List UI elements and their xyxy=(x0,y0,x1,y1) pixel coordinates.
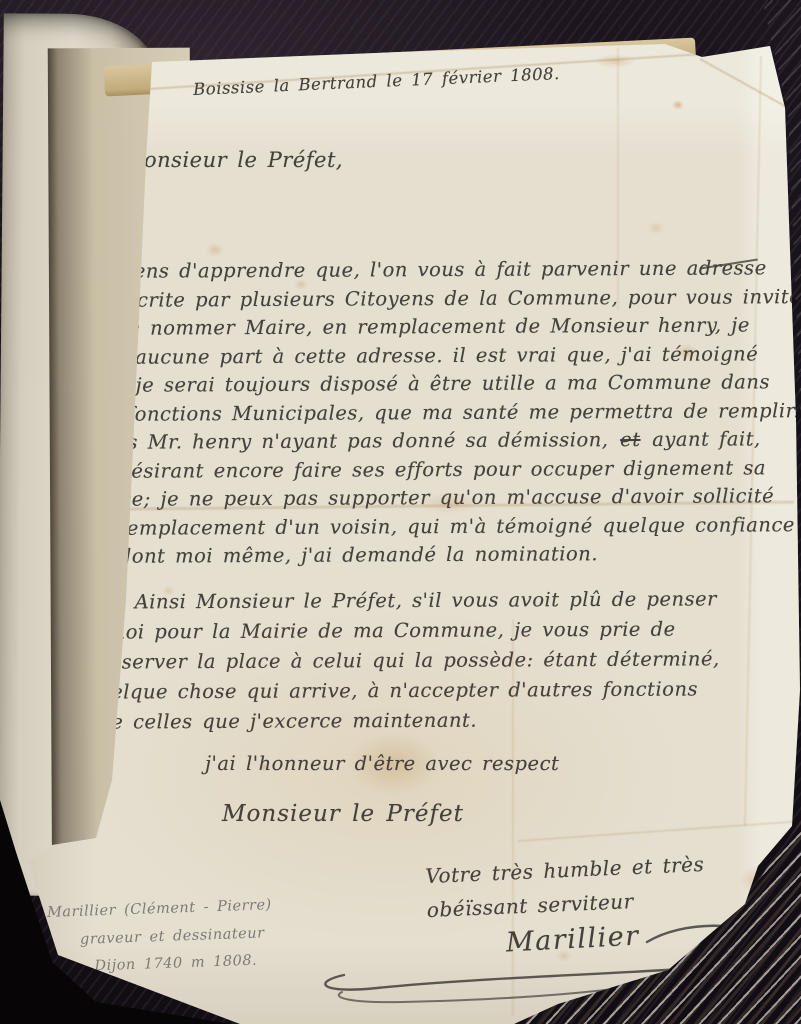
letter-line: et dont moi même, j'ai demandé la nomina… xyxy=(89,539,801,571)
letter-line: conserver la place à celui qui la possèd… xyxy=(85,644,720,677)
letter-line: Souscrite par plusieurs Citoyens de la C… xyxy=(87,283,801,315)
letter-line: n'ai aucune part à cette adresse. il est… xyxy=(88,340,801,372)
letter-line: à me nommer Maire, en remplacement de Mo… xyxy=(87,311,801,343)
paragraph-1: je viens d'apprendre que, l'on vous à fa… xyxy=(87,254,801,571)
salutation: Monsieur le Préfet, xyxy=(122,148,343,172)
line-text: ayant fait, xyxy=(652,427,761,451)
closing-respect-line: j'ai l'honneur d'être avec respect xyxy=(205,752,559,775)
letter-line: Ainsi Monsieur le Préfet, s'il vous avoi… xyxy=(85,584,720,617)
photo-of-manuscript-letter: Boissise la Bertrand le 17 février 1808.… xyxy=(0,0,801,1024)
letter-line: je viens d'apprendre que, l'on vous à fa… xyxy=(87,254,801,286)
letter-line: et désirant encore faire ses efforts pou… xyxy=(88,454,801,486)
foxing-stain xyxy=(648,222,664,234)
dateline: Boissise la Bertrand le 17 février 1808. xyxy=(193,64,560,99)
line-text: Mais Mr. henry n'ayant pas donné sa démi… xyxy=(88,428,608,454)
paragraph-2: Ainsi Monsieur le Préfet, s'il vous avoi… xyxy=(85,584,720,737)
closing-address-line: Monsieur le Préfet xyxy=(222,801,464,827)
fold-crease xyxy=(518,821,793,842)
strikethrough-word: et xyxy=(618,428,643,451)
letter-line: quelque chose qui arrive, à n'accepter d… xyxy=(85,674,720,707)
letter-line: que celles que j'excerce maintenant. xyxy=(85,704,720,737)
letter-line: les fonctions Municipales, que ma santé … xyxy=(88,397,801,429)
letter-line: que je serai toujours disposé à être uti… xyxy=(88,368,801,400)
foxing-stain xyxy=(594,54,636,68)
letter-line: le remplacement d'un voisin, qui m'à tém… xyxy=(89,511,801,543)
letter-line: a moi pour la Mairie de ma Commune, je v… xyxy=(85,614,720,647)
letter-line: place; je ne peux pas supporter qu'on m'… xyxy=(88,482,801,514)
foxing-stain xyxy=(206,243,224,257)
letter-line: Mais Mr. henry n'ayant pas donné sa démi… xyxy=(88,425,801,457)
foxing-stain xyxy=(672,100,684,110)
